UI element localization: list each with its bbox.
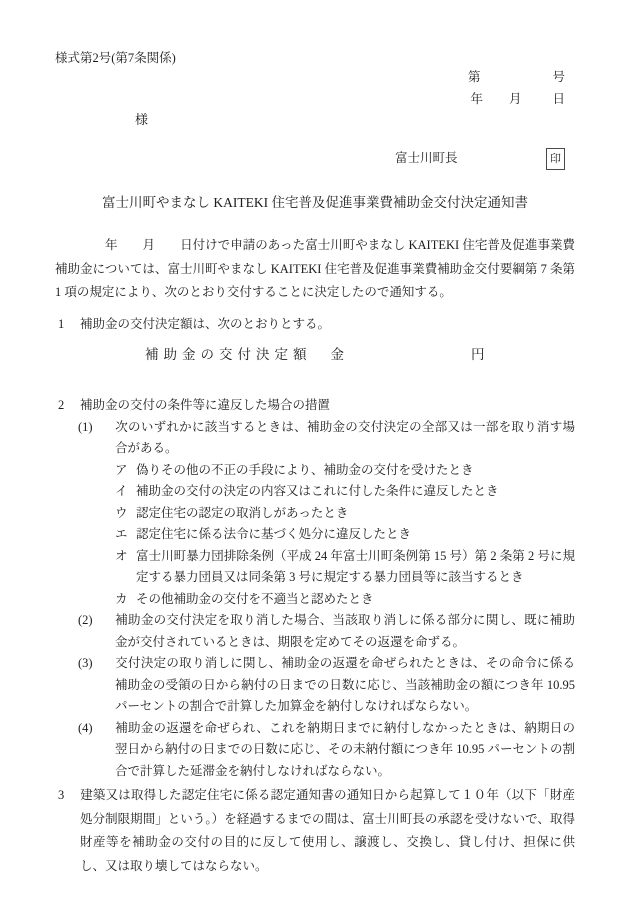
seal-label: 印: [550, 154, 561, 165]
section-2-number: 2: [55, 395, 80, 417]
doc-number-suffix: 号: [552, 70, 565, 84]
section-2: 2補助金の交付の条件等に違反した場合の措置 (1)次のいずれかに該当するときは、…: [55, 395, 575, 782]
subclause-u-text: 認定住宅の認定の取消しがあったとき: [136, 506, 348, 520]
section-1-number: 1: [55, 313, 80, 337]
date-year-label: 年: [470, 92, 483, 106]
subclause-a: ア偽りその他の不正の手段により、補助金の交付を受けたとき: [136, 460, 575, 482]
section-1-text: 補助金の交付決定額は、次のとおりとする。: [80, 317, 330, 331]
sender-line: 富士川町長 印: [55, 146, 575, 172]
clause-2: (2)補助金の交付決定を取り消した場合、当該取り消しに係る部分に関し、既に補助金…: [115, 610, 575, 653]
amount-unit: 円: [471, 347, 485, 362]
clause-2-label: (2): [78, 610, 115, 632]
subclause-o-label: オ: [115, 546, 136, 568]
clause-4: (4)補助金の返還を命ぜられ、これを納期日までに納付しなかったときは、納期日の翌…: [115, 718, 575, 783]
form-number: 様式第2号(第7条関係): [55, 50, 575, 66]
subclause-i-text: 補助金の交付の決定の内容又はこれに付した条件に違反したとき: [136, 484, 499, 498]
doc-number-line: 第号: [55, 66, 575, 88]
date-line: 年月日: [55, 88, 575, 110]
subclause-ka-label: カ: [115, 589, 136, 611]
clause-4-label: (4): [78, 718, 115, 740]
addressee-suffix: 様: [135, 112, 148, 127]
clause-3-text: 交付決定の取り消しに関し、補助金の返還を命ぜられたときは、その命令に係る補助金の…: [115, 656, 575, 713]
subclause-a-label: ア: [115, 460, 136, 482]
section-3-text: 建築又は取得した認定住宅に係る認定通知書の通知日から起算して１０年（以下「財産処…: [80, 788, 575, 873]
subclause-i-label: イ: [115, 481, 136, 503]
section-3-number: 3: [55, 784, 80, 808]
subclause-ka-text: その他補助金の交付を不適当と認めたとき: [136, 592, 374, 606]
clause-2-text: 補助金の交付決定を取り消した場合、当該取り消しに係る部分に関し、既に補助金が交付…: [115, 613, 575, 649]
subclause-u-label: ウ: [115, 503, 136, 525]
subclause-e: エ認定住宅に係る法令に基づく処分に違反したとき: [136, 524, 575, 546]
document-title: 富士川町やまなし KAITEKI 住宅普及促進事業費補助金交付決定通知書: [55, 192, 575, 214]
date-day-label: 日: [552, 92, 565, 106]
doc-number-prefix: 第: [468, 70, 481, 84]
sender-title: 富士川町長: [395, 147, 458, 171]
date-month-label: 月: [509, 92, 522, 106]
document-page: 様式第2号(第7条関係) 第号 年月日 様 富士川町長 印 富士川町やまなし K…: [0, 0, 630, 903]
clause-3: (3)交付決定の取り消しに関し、補助金の返還を命ぜられたときは、その命令に係る補…: [115, 653, 575, 718]
amount-prefix: 金: [331, 347, 345, 362]
subclause-e-label: エ: [115, 524, 136, 546]
section-2-heading-text: 補助金の交付の条件等に違反した場合の措置: [80, 398, 330, 412]
subclause-o-text: 富士川町暴力団排除条例（平成 24 年富士川町条例第 15 号）第 2 条第 2…: [136, 549, 575, 585]
section-3: 3建築又は取得した認定住宅に係る認定通知書の通知日から起算して１０年（以下「財産…: [80, 784, 575, 878]
clause-1-label: (1): [78, 417, 115, 439]
subclause-e-text: 認定住宅に係る法令に基づく処分に違反したとき: [136, 527, 411, 541]
addressee-line: 様: [55, 110, 575, 130]
subclause-u: ウ認定住宅の認定の取消しがあったとき: [136, 503, 575, 525]
clause-1-text: 次のいずれかに該当するときは、補助金の交付決定の全部又は一部を取り消す場合がある…: [115, 420, 575, 456]
subclause-i: イ補助金の交付の決定の内容又はこれに付した条件に違反したとき: [136, 481, 575, 503]
subclause-a-text: 偽りその他の不正の手段により、補助金の交付を受けたとき: [136, 463, 474, 477]
subclause-ka: カその他補助金の交付を不適当と認めたとき: [136, 589, 575, 611]
amount-label: 補助金の交付決定額: [145, 347, 312, 362]
section-2-heading: 2補助金の交付の条件等に違反した場合の措置: [80, 395, 575, 417]
amount-line: 補助金の交付決定額金円: [55, 342, 575, 367]
clause-1: (1)次のいずれかに該当するときは、補助金の交付決定の全部又は一部を取り消す場合…: [115, 417, 575, 460]
section-1-heading: 1補助金の交付決定額は、次のとおりとする。: [80, 313, 575, 337]
clause-3-label: (3): [78, 653, 115, 675]
clause-4-text: 補助金の返還を命ぜられ、これを納期日までに納付しなかったときは、納期日の翌日から…: [115, 721, 575, 778]
subclause-o: オ富士川町暴力団排除条例（平成 24 年富士川町条例第 15 号）第 2 条第 …: [136, 546, 575, 589]
seal-box: 印: [546, 148, 565, 170]
intro-paragraph: 年 月 日付けで申請のあった富士川町やまなし KAITEKI 住宅普及促進事業費…: [55, 234, 575, 305]
